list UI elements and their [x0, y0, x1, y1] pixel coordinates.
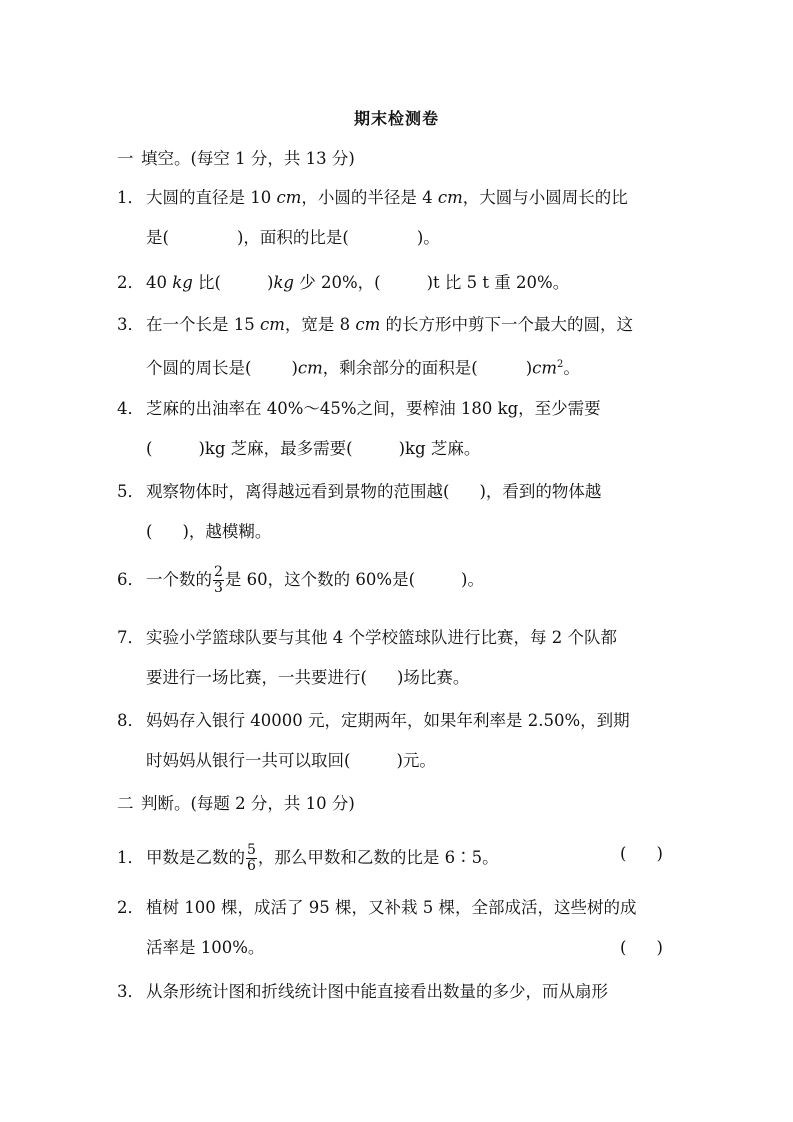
fraction: 23	[213, 565, 224, 596]
section-marker: 二	[117, 793, 141, 815]
s1-q7-line2: 要进行一场比赛，一共要进行()场比赛。	[146, 667, 469, 689]
s1-q1-line2: 是()，面积的比是()。	[146, 227, 440, 249]
s2-q2-line1: 2．植树 100 棵，成活了 95 棵，又补栽 5 棵，全部成活，这些树的成	[117, 897, 636, 919]
section2-heading: 二判断。(每题 2 分，共 10 分)	[117, 793, 355, 815]
s1-q2: 2．40 kg 比()kg 少 20%，()t 比 5 t 重 20%。	[117, 272, 569, 294]
s2-q3-line1: 3．从条形统计图和折线统计图中能直接看出数量的多少，而从扇形	[117, 981, 608, 1003]
s1-q3-line2: 个圆的周长是()cm，剩余部分的面积是()cm2。	[146, 354, 580, 380]
s1-q4-line2: ()kg 芝麻，最多需要()kg 芝麻。	[146, 438, 480, 460]
fraction: 56	[246, 843, 257, 874]
s1-q7-line1: 7．实验小学篮球队要与其他 4 个学校篮球队进行比赛，每 2 个队都	[117, 627, 617, 649]
page-title: 期末检测卷	[0, 106, 793, 129]
section1-heading: 一填空。(每空 1 分，共 13 分)	[117, 148, 355, 170]
exam-page: 期末检测卷 一填空。(每空 1 分，共 13 分) 1．大圆的直径是 10 cm…	[0, 0, 793, 1122]
s1-q4-line1: 4．芝麻的出油率在 40%～45%之间，要榨油 180 kg，至少需要	[117, 398, 601, 420]
s1-q5-line1: 5．观察物体时，离得越远看到景物的范围越()，看到的物体越	[117, 481, 601, 503]
s1-q8-line2: 时妈妈从银行一共可以取回()元。	[146, 750, 436, 772]
judge-parens[interactable]: ()	[620, 843, 663, 865]
section-marker: 一	[117, 148, 141, 170]
s1-q1-line1: 1．大圆的直径是 10 cm，小圆的半径是 4 cm，大圆与小圆周长的比	[117, 187, 628, 209]
s2-q1: 1．甲数是乙数的56，那么甲数和乙数的比是 6∶5。 ()	[117, 843, 677, 874]
s1-q3-line1: 3．在一个长是 15 cm，宽是 8 cm 的长方形中剪下一个最大的圆，这	[117, 314, 633, 336]
s1-q8-line1: 8．妈妈存入银行 40000 元，定期两年，如果年利率是 2.50%，到期	[117, 710, 630, 732]
s1-q5-line2: ()，越模糊。	[146, 521, 271, 543]
s1-q6: 6．一个数的23是 60，这个数的 60%是()。	[117, 565, 484, 596]
judge-parens[interactable]: ()	[620, 937, 663, 959]
s2-q2-line2: 活率是 100%。 ()	[146, 937, 676, 959]
